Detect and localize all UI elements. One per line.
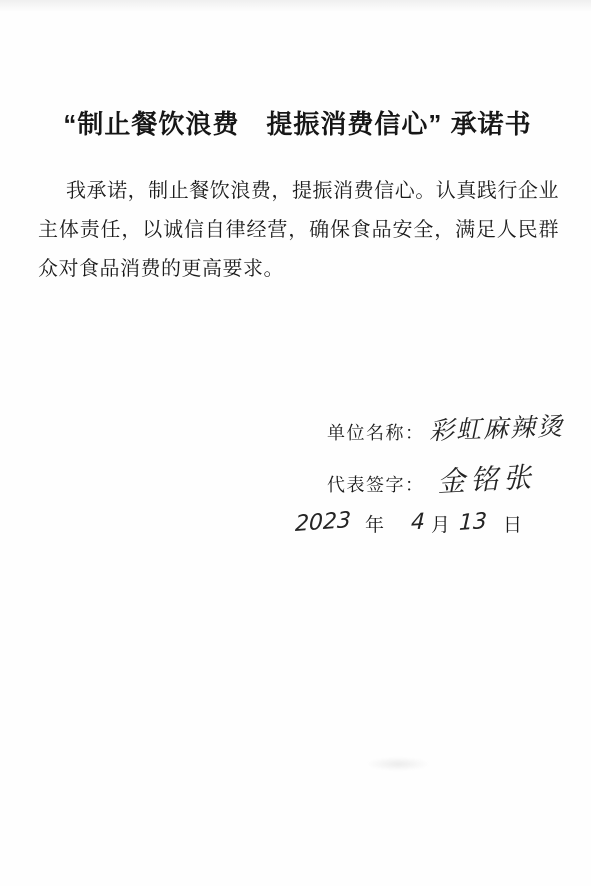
- unit-name-row: 单位名称：彩虹麻辣烫: [327, 414, 564, 450]
- handwritten-month-value: 4: [411, 509, 426, 535]
- scan-smudge: [366, 757, 430, 771]
- pledge-paragraph: 我承诺，制止餐饮浪费，提振消费信心。认真践行企业主体责任，以诚信自律经营，确保食…: [38, 172, 559, 289]
- unit-name-label: 单位名称：: [327, 423, 425, 443]
- representative-signature-row: 代表签字：金铭张: [327, 464, 536, 504]
- handwritten-representative-signature: 金铭张: [436, 455, 537, 500]
- handwritten-day-value: 13: [459, 509, 488, 536]
- handwritten-unit-name: 彩虹麻辣烫: [428, 407, 564, 448]
- representative-signature-label: 代表签字：: [327, 475, 425, 495]
- document-title: “制止餐饮浪费 提振消费信心” 承诺书: [38, 107, 557, 141]
- scan-shadow-top: [0, 0, 591, 12]
- month-unit-label: 月: [431, 510, 451, 537]
- day-unit-label: 日: [503, 510, 523, 537]
- year-unit-label: 年: [365, 510, 385, 537]
- handwritten-year-value: 2023: [295, 508, 352, 537]
- date-row: 2023年4月13日: [295, 510, 523, 537]
- document-page: “制止餐饮浪费 提振消费信心” 承诺书 我承诺，制止餐饮浪费，提振消费信心。认真…: [0, 0, 591, 886]
